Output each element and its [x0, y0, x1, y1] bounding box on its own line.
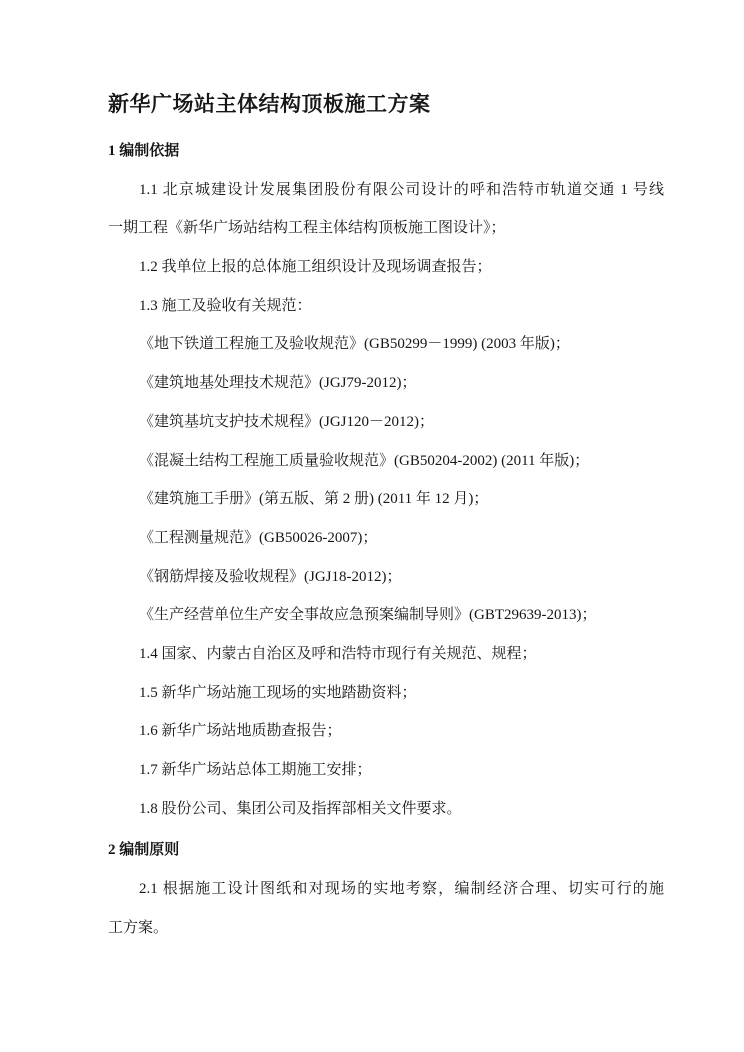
doc-line-1-4: 1.4 国家、内蒙古自治区及呼和浩特市现行有关规范、规程；	[108, 635, 664, 674]
document-title: 新华广场站主体结构顶板施工方案	[108, 89, 664, 119]
document-body: 新华广场站主体结构顶板施工方案 1 编制依据 1.1 北京城建设计发展集团股份有…	[108, 89, 664, 947]
doc-line-1-6: 1.6 新华广场站地质勘查报告；	[108, 712, 664, 751]
doc-line-1-2: 1.2 我单位上报的总体施工组织设计及现场调查报告；	[108, 248, 664, 287]
doc-line-2-1-cont: 工方案。	[108, 909, 664, 948]
doc-line-1-1: 1.1 北京城建设计发展集团股份有限公司设计的呼和浩特市轨道交通 1 号线	[108, 171, 664, 210]
doc-line-spec-8: 《生产经营单位生产安全事故应急预案编制导则》(GBT29639-2013)；	[108, 596, 664, 635]
doc-line-spec-1: 《地下铁道工程施工及验收规范》(GB50299－1999) (2003 年版)；	[108, 325, 664, 364]
doc-line-spec-2: 《建筑地基处理技术规范》(JGJ79-2012)；	[108, 364, 664, 403]
doc-line-1-8: 1.8 股份公司、集团公司及指挥部相关文件要求。	[108, 790, 664, 829]
doc-line-1-1-cont: 一期工程《新华广场站结构工程主体结构顶板施工图设计》；	[108, 209, 664, 248]
document-page: 新华广场站主体结构顶板施工方案 1 编制依据 1.1 北京城建设计发展集团股份有…	[0, 0, 744, 1052]
doc-line-1-5: 1.5 新华广场站施工现场的实地踏勘资料；	[108, 674, 664, 713]
doc-line-spec-4: 《混凝土结构工程施工质量验收规范》(GB50204-2002) (2011 年版…	[108, 442, 664, 481]
doc-line-spec-5: 《建筑施工手册》(第五版、第 2 册) (2011 年 12 月)；	[108, 480, 664, 519]
section-heading-1: 1 编制依据	[108, 132, 664, 171]
doc-line-1-3: 1.3 施工及验收有关规范：	[108, 287, 664, 326]
doc-line-spec-6: 《工程测量规范》(GB50026-2007)；	[108, 519, 664, 558]
doc-line-spec-3: 《建筑基坑支护技术规程》(JGJ120－2012)；	[108, 403, 664, 442]
doc-line-2-1: 2.1 根据施工设计图纸和对现场的实地考察，编制经济合理、切实可行的施	[108, 870, 664, 909]
doc-line-1-7: 1.7 新华广场站总体工期施工安排；	[108, 751, 664, 790]
section-heading-2: 2 编制原则	[108, 831, 664, 870]
doc-line-spec-7: 《钢筋焊接及验收规程》(JGJ18-2012)；	[108, 558, 664, 597]
